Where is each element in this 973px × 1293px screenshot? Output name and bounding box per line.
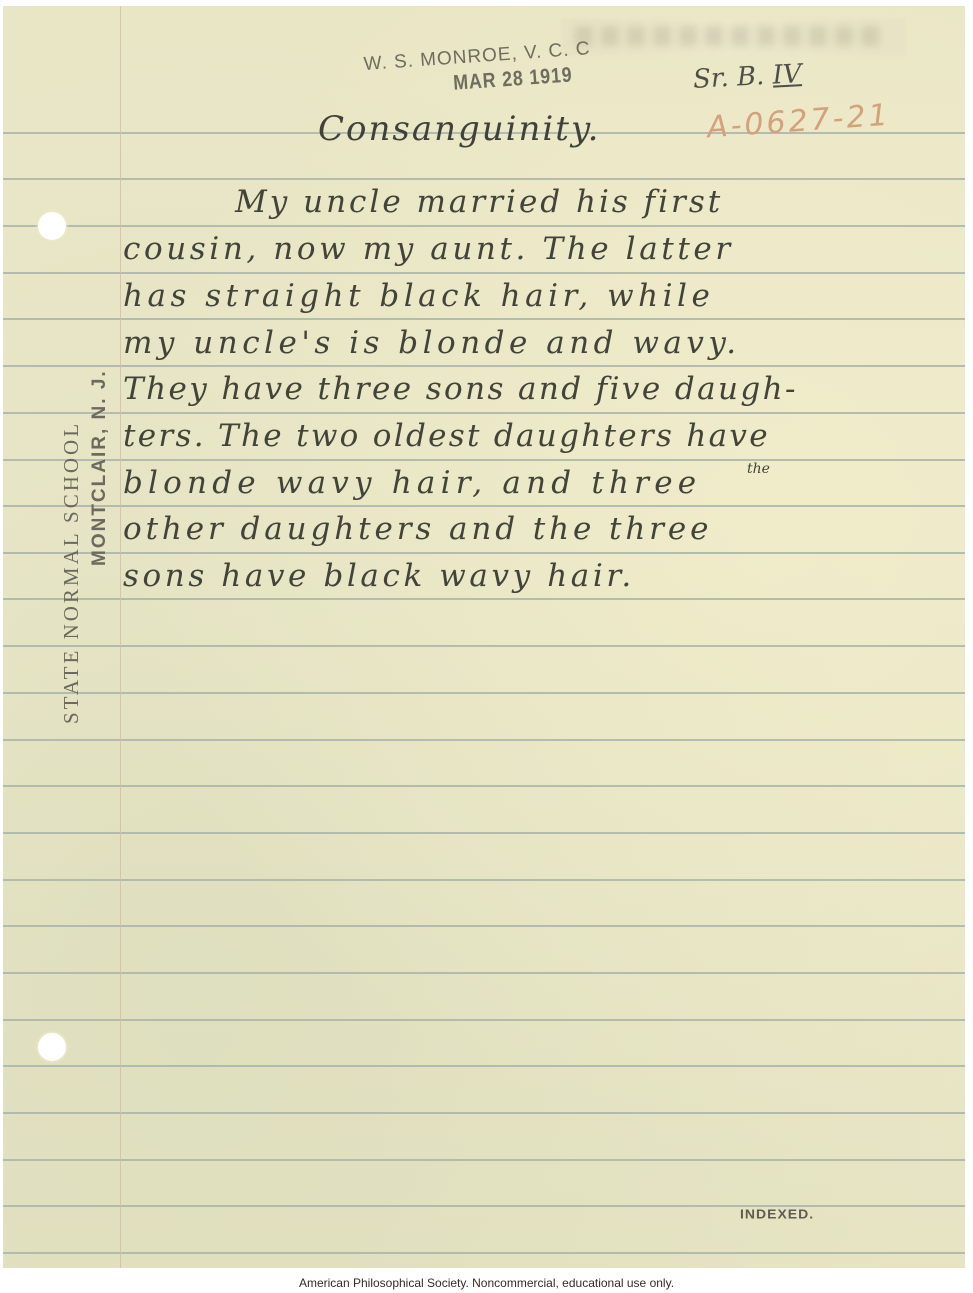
essay-line: sons have black wavy hair. <box>123 558 635 594</box>
redacted-region <box>561 18 906 56</box>
ruled-line <box>3 785 965 787</box>
ruled-line <box>3 739 965 741</box>
ruled-line <box>3 1019 965 1021</box>
punch-hole-top <box>38 212 66 240</box>
series-code: Sr. B. IV <box>692 59 802 95</box>
ruled-line <box>3 225 965 227</box>
ruled-line <box>3 459 965 461</box>
date-stamp: W. S. MONROE, V. C. C MAR 28 1919 <box>363 38 594 102</box>
essay-line: has straight black hair, while <box>123 278 714 314</box>
ruled-line <box>3 318 965 320</box>
essay-line: cousin, now my aunt. The latter <box>123 231 734 267</box>
series-prefix: Sr. B. <box>692 61 765 95</box>
essay-line: my uncle's is blonde and wavy. <box>123 325 741 361</box>
ruled-line <box>3 1112 965 1114</box>
ruled-line <box>3 552 965 554</box>
copyright-footer: American Philosophical Society. Noncomme… <box>0 1276 973 1290</box>
ruled-line <box>3 598 965 600</box>
ruled-paper-sheet: W. S. MONROE, V. C. C MAR 28 1919 Sr. B.… <box>3 6 965 1268</box>
ruled-line <box>3 412 965 414</box>
ruled-line <box>3 832 965 834</box>
essay-line: other daughters and the three <box>123 511 712 547</box>
ruled-line <box>3 1205 965 1207</box>
blurred-text <box>575 26 885 46</box>
ruled-line <box>3 505 965 507</box>
ruled-line <box>3 365 965 367</box>
ruled-line <box>3 272 965 274</box>
punch-hole-bottom <box>38 1033 66 1061</box>
ruled-line <box>3 1252 965 1254</box>
accession-number: A-0627-21 <box>706 98 892 146</box>
essay-title: Consanguinity. <box>318 109 600 149</box>
ruled-line <box>3 645 965 647</box>
margin-line <box>120 6 121 1268</box>
ruled-line <box>3 1159 965 1161</box>
essay-line: ters. The two oldest daughters have <box>123 418 770 454</box>
ruled-line <box>3 879 965 881</box>
school-stamp-line1: STATE NORMAL SCHOOL <box>59 421 84 724</box>
ruled-line <box>3 692 965 694</box>
school-stamp-line2: MONTCLAIR, N. J. <box>89 369 111 566</box>
ruled-line <box>3 972 965 974</box>
series-numeral: IV <box>772 59 803 90</box>
inserted-word: the <box>747 461 770 477</box>
indexed-stamp: INDEXED. <box>740 1207 814 1221</box>
ruled-line <box>3 1065 965 1067</box>
essay-line: They have three sons and five daugh- <box>123 371 798 407</box>
ruled-line <box>3 178 965 180</box>
essay-line: My uncle married his first <box>235 184 723 220</box>
essay-line: blonde wavy hair, and three <box>123 465 701 501</box>
ruled-line <box>3 925 965 927</box>
